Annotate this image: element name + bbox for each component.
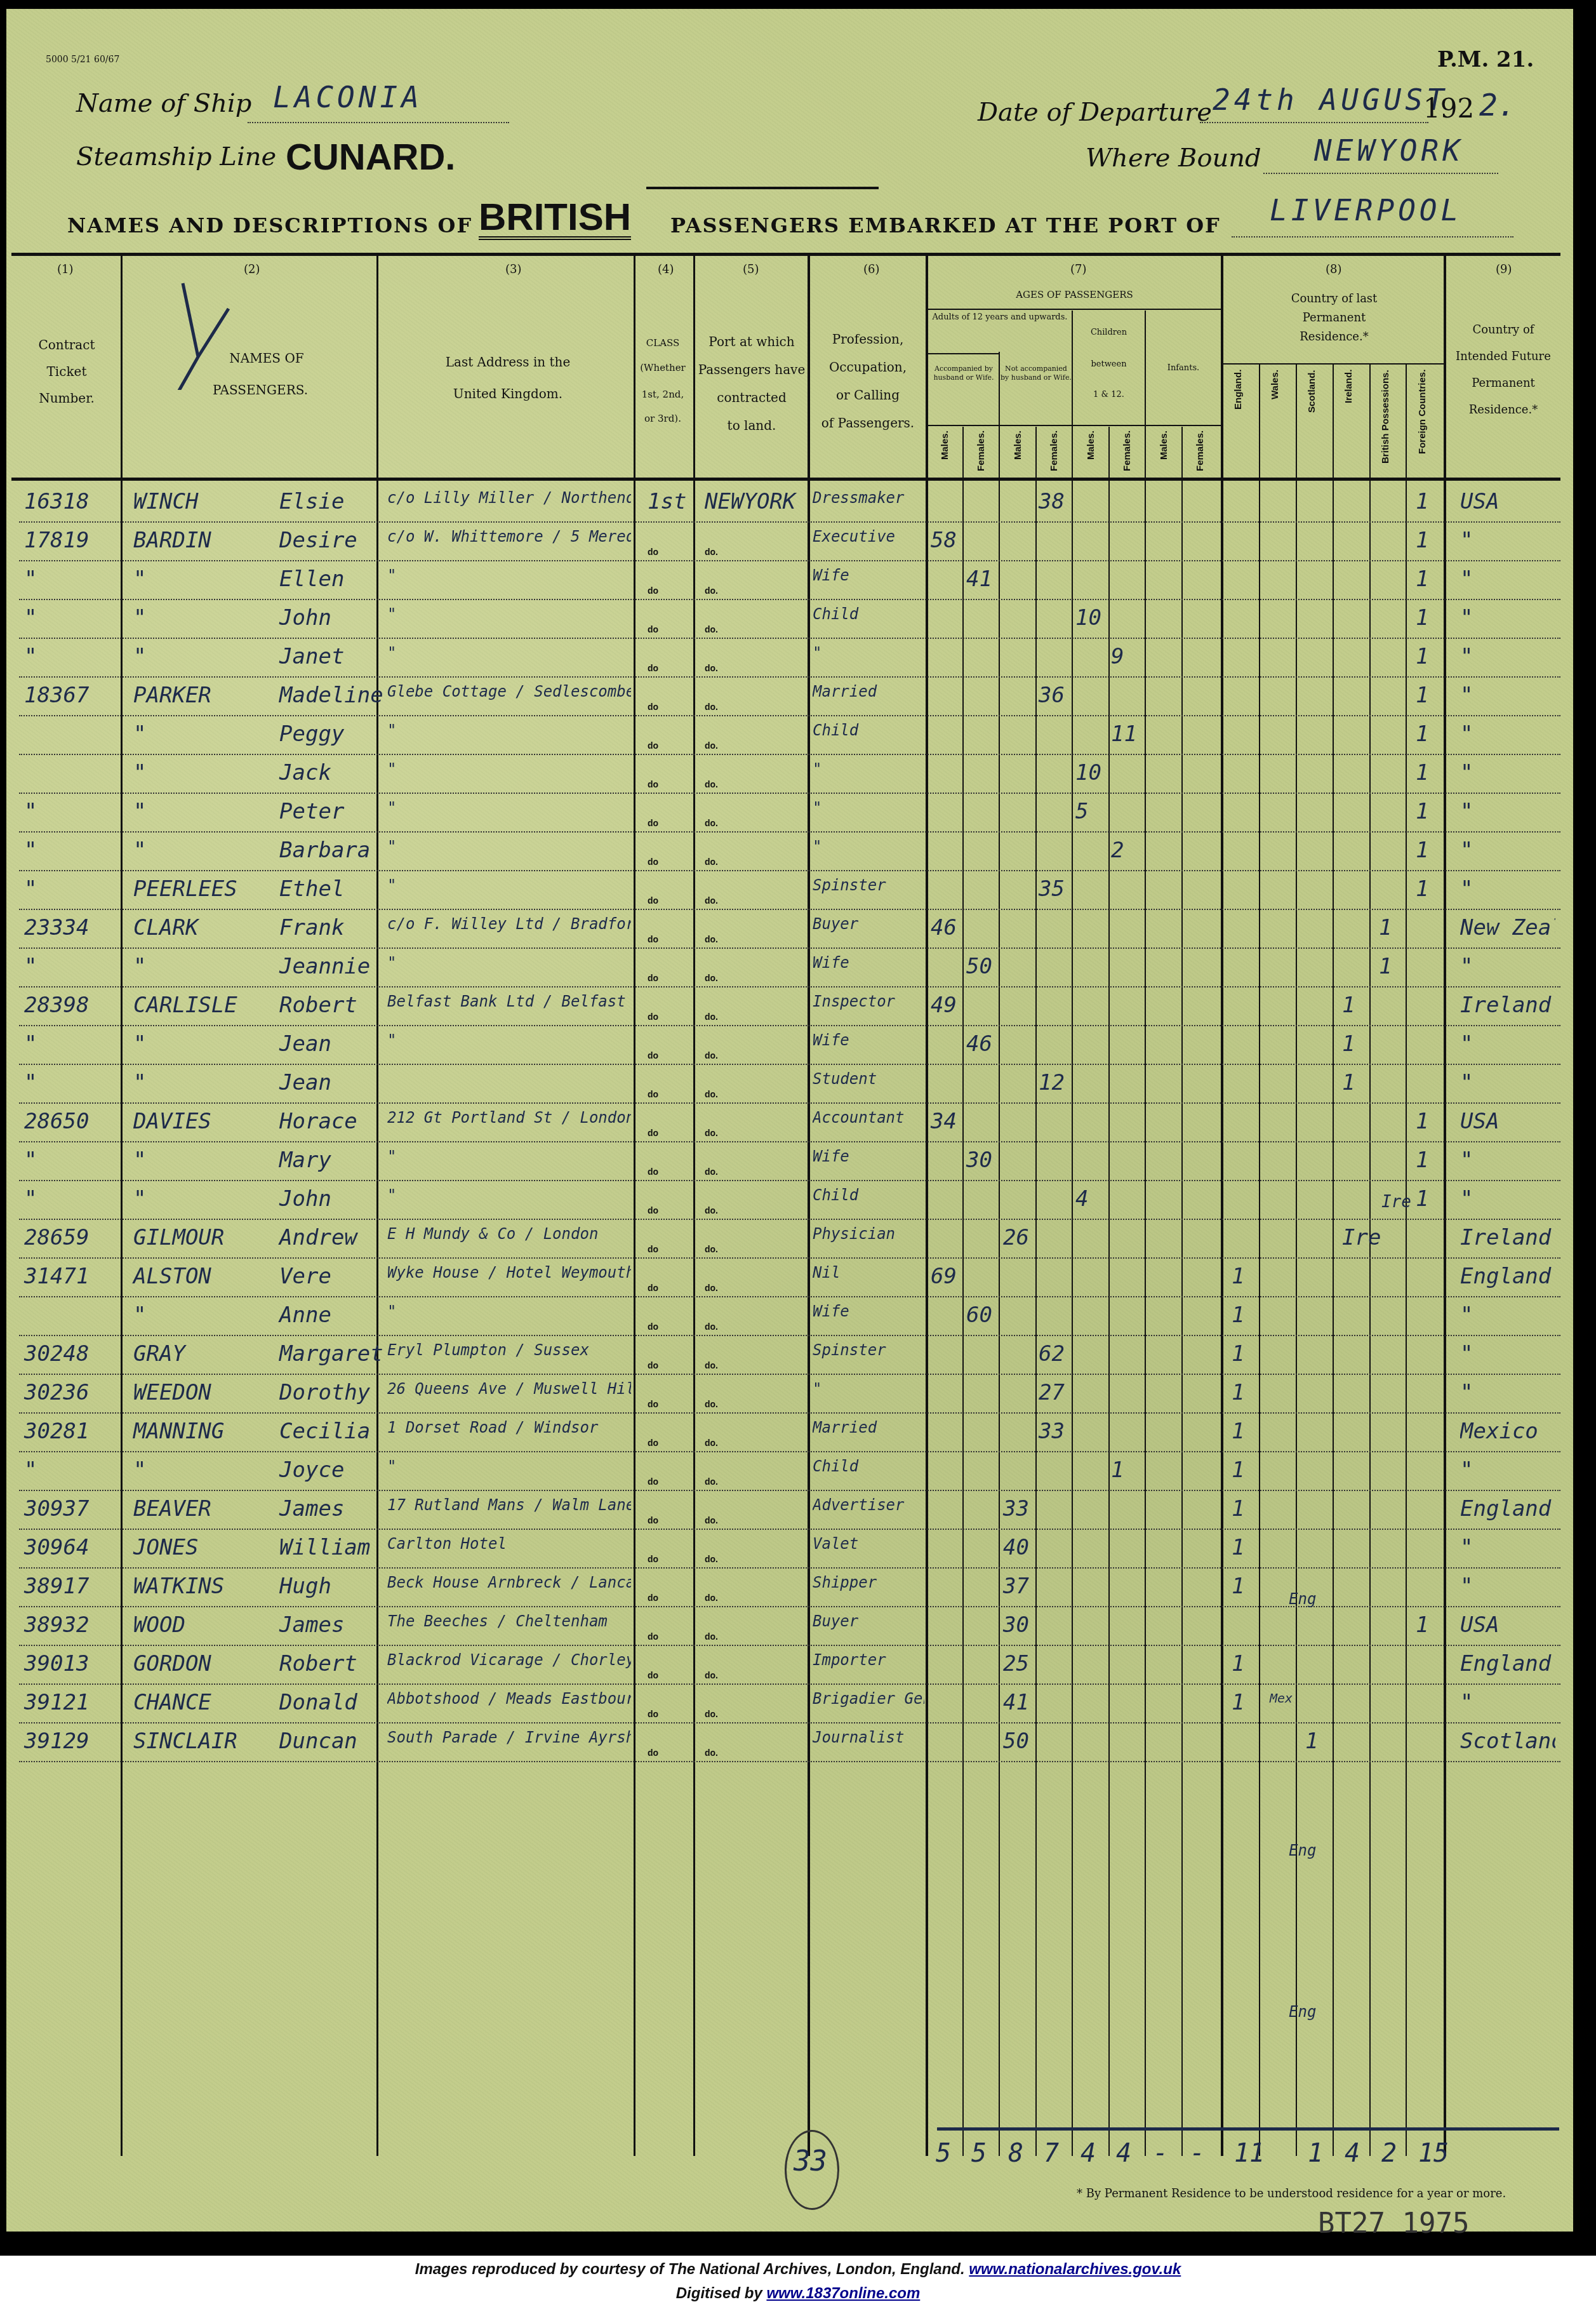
accompanied-header: Accompanied by husband or Wife. bbox=[928, 365, 999, 382]
future-residence: " bbox=[1460, 1302, 1555, 1328]
residence-cell: 1 bbox=[1416, 644, 1428, 669]
digitised-text: Digitised by bbox=[676, 2285, 762, 2302]
occupation: " bbox=[813, 1380, 924, 1398]
age-cell: 27 bbox=[1039, 1380, 1065, 1405]
col-header-address-2: United Kingdom. bbox=[400, 381, 616, 406]
last-address: " bbox=[387, 799, 631, 817]
not-accompanied-header: Not accompanied by husband or Wife. bbox=[1001, 365, 1072, 382]
residence-total: 2 bbox=[1381, 2139, 1397, 2168]
given-name: John bbox=[279, 1186, 331, 1212]
england-bracket-note: Eng bbox=[1289, 2003, 1316, 2021]
given-name: Frank bbox=[279, 915, 344, 940]
occupation: Accountant bbox=[813, 1109, 924, 1127]
surname: GRAY bbox=[133, 1341, 185, 1367]
ticket-number: " bbox=[24, 1186, 37, 1212]
occupation: Shipper bbox=[813, 1574, 924, 1591]
occupation: Inspector bbox=[813, 993, 924, 1010]
surname: JONES bbox=[133, 1535, 198, 1560]
future-residence: New Zealand bbox=[1460, 915, 1555, 940]
age-cell: 30 bbox=[1003, 1612, 1029, 1638]
last-address: " bbox=[387, 1186, 631, 1204]
port-of-landing: do. bbox=[705, 1476, 718, 1487]
given-name: Peter bbox=[279, 799, 344, 824]
ticket-number: 38932 bbox=[24, 1612, 89, 1638]
col-num-2: (2) bbox=[244, 263, 260, 276]
residence-cell: 1 bbox=[1232, 1380, 1244, 1405]
passenger-class: do bbox=[648, 1593, 658, 1603]
future-residence: USA bbox=[1460, 489, 1555, 514]
last-address: " bbox=[387, 760, 631, 778]
surname: " bbox=[133, 838, 146, 863]
given-name: Desire bbox=[279, 528, 357, 553]
footnote: * By Permanent Residence to be understoo… bbox=[1077, 2187, 1506, 2200]
age-total: 5 bbox=[971, 2139, 987, 2168]
passenger-class: do bbox=[648, 818, 658, 828]
passenger-row: 30236WEEDONDorothy26 Queens Ave / Muswel… bbox=[6, 1375, 1573, 1414]
col-num-7: (7) bbox=[1070, 263, 1087, 276]
port-of-landing: do. bbox=[705, 779, 718, 789]
ticket-number: 38917 bbox=[24, 1574, 89, 1599]
col-header-address-1: Last Address in the bbox=[400, 349, 616, 375]
age-cell: 9 bbox=[1111, 644, 1124, 669]
age-cell: 11 bbox=[1111, 721, 1137, 747]
departure-year-suffix: 2. bbox=[1479, 88, 1516, 123]
passenger-row: 30937BEAVERJames17 Rutland Mans / Walm L… bbox=[6, 1491, 1573, 1530]
line-label: Steamship Line bbox=[76, 142, 276, 171]
ticket-number: " bbox=[24, 876, 37, 902]
passenger-row: ""Peter"dodo."51" bbox=[6, 794, 1573, 833]
last-address: " bbox=[387, 954, 631, 972]
port-of-landing: do. bbox=[705, 1438, 718, 1448]
departure-line bbox=[1200, 122, 1428, 123]
age-cell: 38 bbox=[1039, 489, 1065, 514]
last-address: Belfast Bank Ltd / Belfast bbox=[387, 993, 631, 1010]
last-address: " bbox=[387, 838, 631, 855]
passenger-row: 30281MANNINGCecilia1 Dorset Road / Winds… bbox=[6, 1414, 1573, 1452]
last-address: Carlton Hotel bbox=[387, 1535, 631, 1553]
males-header: Males. bbox=[1159, 431, 1169, 475]
occupation: Buyer bbox=[813, 915, 924, 933]
col-num-6: (6) bbox=[863, 263, 880, 276]
females-header: Females. bbox=[1122, 431, 1133, 475]
passenger-class: do bbox=[648, 779, 658, 789]
age-cell: 50 bbox=[966, 954, 992, 979]
port-of-landing: do. bbox=[705, 1283, 718, 1293]
passenger-class: do bbox=[648, 663, 658, 673]
passenger-row: "Jack"dodo."101" bbox=[6, 755, 1573, 794]
col-header-occupation-2: Occupation, bbox=[810, 354, 926, 380]
future-residence-header-1: Country of bbox=[1446, 318, 1560, 343]
passenger-row: 28659GILMOURAndrewE H Mundy & Co / Londo… bbox=[6, 1220, 1573, 1259]
given-name: Cecilia bbox=[279, 1419, 370, 1444]
occupation: Importer bbox=[813, 1651, 924, 1669]
residence-cell: 1 bbox=[1416, 683, 1428, 708]
passenger-class: do bbox=[648, 1438, 658, 1448]
last-address: " bbox=[387, 1031, 631, 1049]
age-total: - bbox=[1153, 2139, 1168, 2168]
last-address: Glebe Cottage / Sedlescombe / Battle Sus… bbox=[387, 683, 631, 700]
national-archives-link[interactable]: www.nationalarchives.gov.uk bbox=[969, 2261, 1181, 2278]
surname: GORDON bbox=[133, 1651, 211, 1677]
given-name: Peggy bbox=[279, 721, 344, 747]
ticket-number: 30281 bbox=[24, 1419, 89, 1444]
last-address: " bbox=[387, 1302, 631, 1320]
age-cell: 37 bbox=[1003, 1574, 1029, 1599]
departure-date: 24th AUGUST bbox=[1213, 83, 1448, 117]
given-name: Joyce bbox=[279, 1457, 344, 1483]
passenger-row: ""Joyce"dodo.Child11" bbox=[6, 1452, 1573, 1491]
port-of-landing: do. bbox=[705, 1089, 718, 1099]
future-residence: Scotland bbox=[1460, 1729, 1555, 1754]
col-num-3: (3) bbox=[505, 263, 522, 276]
future-residence: Ireland bbox=[1460, 993, 1555, 1018]
passenger-class: do bbox=[648, 1283, 658, 1293]
port-of-landing: do. bbox=[705, 1554, 718, 1564]
passenger-class: do bbox=[648, 740, 658, 751]
ticket-number: 28398 bbox=[24, 993, 89, 1018]
occupation: Dressmaker bbox=[813, 489, 924, 507]
age-cell: 5 bbox=[1075, 799, 1088, 824]
residence-cell: 1 bbox=[1416, 876, 1428, 902]
surname: BEAVER bbox=[133, 1496, 211, 1522]
passenger-row: 28650DAVIESHorace212 Gt Portland St / Lo… bbox=[6, 1104, 1573, 1142]
future-residence: " bbox=[1460, 683, 1555, 708]
passenger-row: ""Mary"dodo.Wife301" bbox=[6, 1142, 1573, 1181]
ship-name: LACONIA bbox=[273, 80, 423, 114]
children-header-2: between bbox=[1073, 358, 1145, 371]
occupation: " bbox=[813, 799, 924, 817]
future-residence: Ireland bbox=[1460, 1225, 1555, 1250]
future-residence: " bbox=[1460, 799, 1555, 824]
age-cell: 46 bbox=[931, 915, 957, 940]
residence-total: 15 bbox=[1418, 2139, 1449, 2168]
surname: GILMOUR bbox=[133, 1225, 224, 1250]
given-name: Anne bbox=[279, 1302, 331, 1328]
passenger-class: do bbox=[648, 702, 658, 712]
port-of-landing: do. bbox=[705, 1709, 718, 1719]
future-residence: " bbox=[1460, 721, 1555, 747]
given-name: Elsie bbox=[279, 489, 344, 514]
surname: MANNING bbox=[133, 1419, 224, 1444]
given-name: James bbox=[279, 1496, 344, 1522]
surname: " bbox=[133, 1302, 146, 1328]
residence-cell: 1 bbox=[1416, 1148, 1428, 1173]
last-address: Wyke House / Hotel Weymouth bbox=[387, 1264, 631, 1282]
passenger-class: do bbox=[648, 1554, 658, 1564]
col-header-class-2: (Whether bbox=[632, 358, 693, 377]
port-of-landing: do. bbox=[705, 740, 718, 751]
last-address: Blackrod Vicarage / Chorley Lancs bbox=[387, 1651, 631, 1669]
last-address: " bbox=[387, 1148, 631, 1165]
sex-rule bbox=[927, 425, 1222, 426]
residence-cell: 1 bbox=[1232, 1574, 1244, 1599]
ship-name-line bbox=[248, 122, 509, 123]
future-residence: " bbox=[1460, 1031, 1555, 1057]
age-cell: 58 bbox=[931, 528, 957, 553]
ticket-number: " bbox=[24, 566, 37, 592]
future-residence: " bbox=[1460, 605, 1555, 631]
passenger-class: do bbox=[648, 1515, 658, 1525]
passenger-row: 30964JONESWilliamCarlton Hoteldodo.Valet… bbox=[6, 1530, 1573, 1569]
residence-cell: 1 bbox=[1232, 1419, 1244, 1444]
males-header: Males. bbox=[940, 431, 950, 475]
ticket-number: " bbox=[24, 1070, 37, 1095]
port-of-landing: do. bbox=[705, 624, 718, 634]
age-cell: 26 bbox=[1003, 1225, 1029, 1250]
passenger-row: 38932WOODJamesThe Beeches / Cheltenhamdo… bbox=[6, 1607, 1573, 1646]
given-name: Duncan bbox=[279, 1729, 357, 1754]
future-residence: USA bbox=[1460, 1612, 1555, 1638]
future-residence: " bbox=[1460, 954, 1555, 979]
passenger-class: do bbox=[648, 1631, 658, 1642]
port-of-landing: do. bbox=[705, 1050, 718, 1061]
passenger-row: 30248GRAYMargaretEryl Plumpton / Sussexd… bbox=[6, 1336, 1573, 1375]
ship-label: Name of Ship bbox=[76, 89, 251, 118]
children-header-3: 1 & 12. bbox=[1073, 389, 1145, 401]
england-header: England. bbox=[1233, 370, 1244, 475]
port-of-landing: do. bbox=[705, 1399, 718, 1409]
ticket-number: " bbox=[24, 799, 37, 824]
passenger-class: do bbox=[648, 1748, 658, 1758]
males-header: Males. bbox=[1013, 431, 1023, 475]
age-cell: 10 bbox=[1075, 605, 1101, 631]
adult-rule bbox=[927, 353, 1000, 354]
age-title-rule bbox=[927, 309, 1222, 310]
residence-cell: 1 bbox=[1416, 760, 1428, 786]
occupation: Wife bbox=[813, 1302, 924, 1320]
mexico-bracket-note: Mex bbox=[1270, 1690, 1293, 1706]
surname: " bbox=[133, 799, 146, 824]
col-header-occupation-1: Profession, bbox=[810, 326, 926, 352]
port-of-landing: do. bbox=[705, 1322, 718, 1332]
last-address: 26 Queens Ave / Muswell Hill NW bbox=[387, 1380, 631, 1398]
last-address: E H Mundy & Co / London bbox=[387, 1225, 631, 1243]
port-of-landing: do. bbox=[705, 586, 718, 596]
children-header-1: Children bbox=[1073, 326, 1145, 339]
age-cell: 49 bbox=[931, 993, 957, 1018]
passenger-class: do bbox=[648, 1089, 658, 1099]
residence-total: 4 bbox=[1345, 2139, 1360, 2168]
passenger-row: ""Barbara"dodo."21" bbox=[6, 833, 1573, 871]
age-cell: 25 bbox=[1003, 1651, 1029, 1677]
given-name: Donald bbox=[279, 1690, 357, 1715]
port-of-landing: do. bbox=[705, 1360, 718, 1370]
residence-title-rule bbox=[1223, 363, 1445, 365]
future-residence: " bbox=[1460, 1148, 1555, 1173]
1837online-link[interactable]: www.1837online.com bbox=[766, 2285, 920, 2302]
last-address: Beck House Arnbreck / Lancaster bbox=[387, 1574, 631, 1591]
ticket-number: " bbox=[24, 838, 37, 863]
given-name: William bbox=[279, 1535, 370, 1560]
given-name: Robert bbox=[279, 1651, 357, 1677]
occupation: Valet bbox=[813, 1535, 924, 1553]
future-residence: England bbox=[1460, 1651, 1555, 1677]
given-name: Jeannie bbox=[279, 954, 370, 979]
port-of-landing: do. bbox=[705, 1244, 718, 1254]
title-british: BRITISH bbox=[479, 198, 631, 240]
given-name: Janet bbox=[279, 644, 344, 669]
last-address: c/o F. Willey Ltd / Bradford bbox=[387, 915, 631, 933]
last-address: The Beeches / Cheltenham bbox=[387, 1612, 631, 1630]
ticket-number: " bbox=[24, 1148, 37, 1173]
passenger-row: 17819BARDINDesirec/o W. Whittemore / 5 M… bbox=[6, 523, 1573, 561]
port-of-landing: do. bbox=[705, 547, 718, 557]
bound-label: Where Bound bbox=[1086, 144, 1261, 173]
passenger-class: do bbox=[648, 1244, 658, 1254]
future-residence: " bbox=[1460, 644, 1555, 669]
passenger-class: do bbox=[648, 1670, 658, 1680]
age-cell: 69 bbox=[931, 1264, 957, 1289]
future-residence-header-3: Permanent bbox=[1446, 371, 1560, 396]
residence-cell: 1 bbox=[1416, 605, 1428, 631]
future-residence: Mexico bbox=[1460, 1419, 1555, 1444]
future-residence: " bbox=[1460, 1341, 1555, 1367]
future-residence: " bbox=[1460, 1535, 1555, 1560]
embarkation-port: LIVERPOOL bbox=[1270, 193, 1462, 227]
age-cell: 30 bbox=[966, 1148, 992, 1173]
age-cell: 41 bbox=[1003, 1690, 1029, 1715]
occupation: Student bbox=[813, 1070, 924, 1088]
departure-year-prefix: 192 bbox=[1423, 93, 1474, 124]
passenger-class: do bbox=[648, 857, 658, 867]
passenger-row: 23334CLARKFrankc/o F. Willey Ltd / Bradf… bbox=[6, 910, 1573, 949]
residence-cell: 1 bbox=[1416, 1186, 1428, 1212]
last-address: Abbotshood / Meads Eastbourne bbox=[387, 1690, 631, 1708]
occupation: " bbox=[813, 644, 924, 662]
col-header-occupation-4: of Passengers. bbox=[810, 410, 926, 436]
occupation: Brigadier General bbox=[813, 1690, 924, 1708]
last-address: South Parade / Irvine Ayrshire bbox=[387, 1729, 631, 1746]
ages-title: AGES OF PASSENGERS bbox=[927, 288, 1222, 301]
given-name: Ethel bbox=[279, 876, 344, 902]
last-address: " bbox=[387, 1457, 631, 1475]
surname: SINCLAIR bbox=[133, 1729, 237, 1754]
future-residence: England bbox=[1460, 1264, 1555, 1289]
occupation: Married bbox=[813, 683, 924, 700]
future-residence-header-2: Intended Future bbox=[1446, 344, 1560, 370]
surname: " bbox=[133, 954, 146, 979]
residence-cell: 1 bbox=[1232, 1651, 1244, 1677]
ticket-number: 30248 bbox=[24, 1341, 89, 1367]
surname: " bbox=[133, 1148, 146, 1173]
residence-cell: 1 bbox=[1416, 489, 1428, 514]
surname: WEEDON bbox=[133, 1380, 211, 1405]
title-suffix: PASSENGERS EMBARKED AT THE PORT OF bbox=[670, 213, 1221, 238]
scanned-document: 5000 5/21 60/67 P.M. 21. Name of Ship LA… bbox=[0, 0, 1596, 2256]
last-address: 17 Rutland Mans / Walm Lane London bbox=[387, 1496, 631, 1514]
ticket-number: 39013 bbox=[24, 1651, 89, 1677]
future-residence-header-4: Residence.* bbox=[1446, 398, 1560, 423]
surname: PEERLEES bbox=[133, 876, 237, 902]
future-residence: " bbox=[1460, 1457, 1555, 1483]
port-of-landing: do. bbox=[705, 1670, 718, 1680]
port-of-landing: do. bbox=[705, 1012, 718, 1022]
destination: NEWYORK bbox=[1314, 133, 1464, 168]
surname: WATKINS bbox=[133, 1574, 224, 1599]
age-total: 5 bbox=[936, 2139, 951, 2168]
ticket-number: 18367 bbox=[24, 683, 89, 708]
row-divider bbox=[19, 1761, 1560, 1762]
age-cell: 1 bbox=[1111, 1457, 1124, 1483]
last-address: " bbox=[387, 644, 631, 662]
given-name: Madeline bbox=[279, 683, 383, 708]
occupation: Buyer bbox=[813, 1612, 924, 1630]
passenger-class: do bbox=[648, 1476, 658, 1487]
passenger-row: 39013GORDONRobertBlackrod Vicarage / Cho… bbox=[6, 1646, 1573, 1685]
passenger-class: do bbox=[648, 1399, 658, 1409]
surname: WOOD bbox=[133, 1612, 185, 1638]
ticket-number: 23334 bbox=[24, 915, 89, 940]
age-total: 4 bbox=[1081, 2139, 1096, 2168]
age-cell: 60 bbox=[966, 1302, 992, 1328]
age-total: 7 bbox=[1044, 2139, 1059, 2168]
passenger-class: 1st bbox=[648, 489, 686, 514]
future-residence: " bbox=[1460, 1070, 1555, 1095]
port-of-landing: do. bbox=[705, 895, 718, 906]
last-address: Eryl Plumpton / Sussex bbox=[387, 1341, 631, 1359]
last-address: " bbox=[387, 566, 631, 584]
steamship-line: CUNARD. bbox=[286, 136, 455, 178]
last-address: " bbox=[387, 721, 631, 739]
residence-cell: 1 bbox=[1232, 1496, 1244, 1522]
residence-cell: 1 bbox=[1379, 915, 1392, 940]
age-cell: 41 bbox=[966, 566, 992, 592]
passenger-row: 39121CHANCEDonaldAbbotshood / Meads East… bbox=[6, 1685, 1573, 1723]
occupation: Wife bbox=[813, 1031, 924, 1049]
last-address: " bbox=[387, 876, 631, 894]
passenger-class: do bbox=[648, 1012, 658, 1022]
digitised-line: Digitised by www.1837online.com bbox=[0, 2285, 1596, 2303]
future-residence: " bbox=[1460, 876, 1555, 902]
passenger-row: 39129SINCLAIRDuncanSouth Parade / Irvine… bbox=[6, 1723, 1573, 1762]
age-cell: 12 bbox=[1039, 1070, 1065, 1095]
last-address: 212 Gt Portland St / London bbox=[387, 1109, 631, 1127]
future-residence: England bbox=[1460, 1496, 1555, 1522]
col-header-class-1: CLASS bbox=[632, 331, 693, 354]
passenger-row: 31471ALSTONVereWyke House / Hotel Weymou… bbox=[6, 1259, 1573, 1297]
surname: " bbox=[133, 644, 146, 669]
occupation: Advertiser bbox=[813, 1496, 924, 1514]
residence-cell: 1 bbox=[1305, 1729, 1318, 1754]
passenger-class: do bbox=[648, 934, 658, 944]
passenger-class: do bbox=[648, 973, 658, 983]
passenger-class: do bbox=[648, 624, 658, 634]
passenger-row: "PEERLEESEthel"dodo.Spinster351" bbox=[6, 871, 1573, 910]
ticket-number: " bbox=[24, 644, 37, 669]
occupation: Executive bbox=[813, 528, 924, 545]
ticket-number: 30964 bbox=[24, 1535, 89, 1560]
port-of-landing: do. bbox=[705, 1167, 718, 1177]
age-total: 8 bbox=[1008, 2139, 1023, 2168]
england-bracket-note: Eng bbox=[1289, 1842, 1316, 1859]
residence-cell: 1 bbox=[1232, 1457, 1244, 1483]
residence-cell: 1 bbox=[1416, 721, 1428, 747]
surname: " bbox=[133, 1031, 146, 1057]
port-of-landing: do. bbox=[705, 857, 718, 867]
surname: " bbox=[133, 566, 146, 592]
given-name: Jean bbox=[279, 1070, 331, 1095]
occupation: Nil bbox=[813, 1264, 924, 1282]
passenger-class: do bbox=[648, 1050, 658, 1061]
surname: CLARK bbox=[133, 915, 198, 940]
col-header-occupation-3: or Calling bbox=[810, 382, 926, 408]
residence-cell: 1 bbox=[1232, 1341, 1244, 1367]
occupation: Child bbox=[813, 1457, 924, 1475]
age-cell: 10 bbox=[1075, 760, 1101, 786]
occupation: Married bbox=[813, 1419, 924, 1436]
passenger-row: ""John"dodo.Child41" bbox=[6, 1181, 1573, 1220]
females-header: Females. bbox=[1049, 431, 1060, 475]
